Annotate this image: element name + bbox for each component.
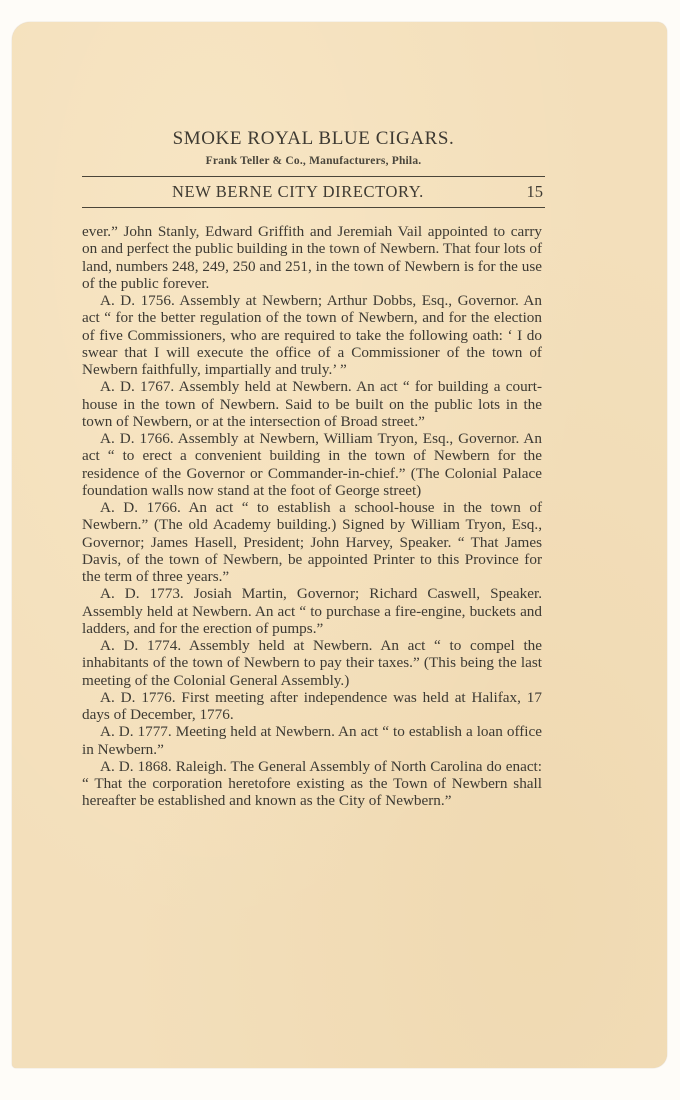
paragraph-1774: A. D. 1774. Assembly held at Newbern. An…: [82, 637, 542, 689]
header-rule-top: [82, 176, 545, 177]
paragraph-1766-school: A. D. 1766. An act “ to establish a scho…: [82, 499, 542, 585]
paragraph-1767: A. D. 1767. Assembly held at Newbern. An…: [82, 378, 542, 430]
paragraph-1766-palace: A. D. 1766. Assembly at Newbern, William…: [82, 430, 542, 499]
paragraph-1868: A. D. 1868. Raleigh. The General Assembl…: [82, 758, 542, 810]
paragraph-1776: A. D. 1776. First meeting after independ…: [82, 689, 542, 724]
paragraph-1777: A. D. 1777. Meeting held at Newbern. An …: [82, 723, 542, 758]
paragraph-1756: A. D. 1756. Assembly at Newbern; Arthur …: [82, 292, 542, 378]
running-head-title: NEW BERNE CITY DIRECTORY.: [172, 182, 424, 202]
advertisement-title: SMOKE ROYAL BLUE CIGARS.: [82, 128, 545, 150]
body-text: ever.” John Stanly, Edward Griffith and …: [82, 223, 542, 810]
page-number: 15: [527, 182, 544, 202]
header-rule-bottom: [82, 207, 545, 208]
running-head: NEW BERNE CITY DIRECTORY. 15: [82, 182, 545, 204]
paragraph-continuation: ever.” John Stanly, Edward Griffith and …: [82, 223, 542, 292]
paragraph-1773: A. D. 1773. Josiah Martin, Governor; Ric…: [82, 585, 542, 637]
advertisement-subtitle: Frank Teller & Co., Manufacturers, Phila…: [82, 155, 545, 167]
